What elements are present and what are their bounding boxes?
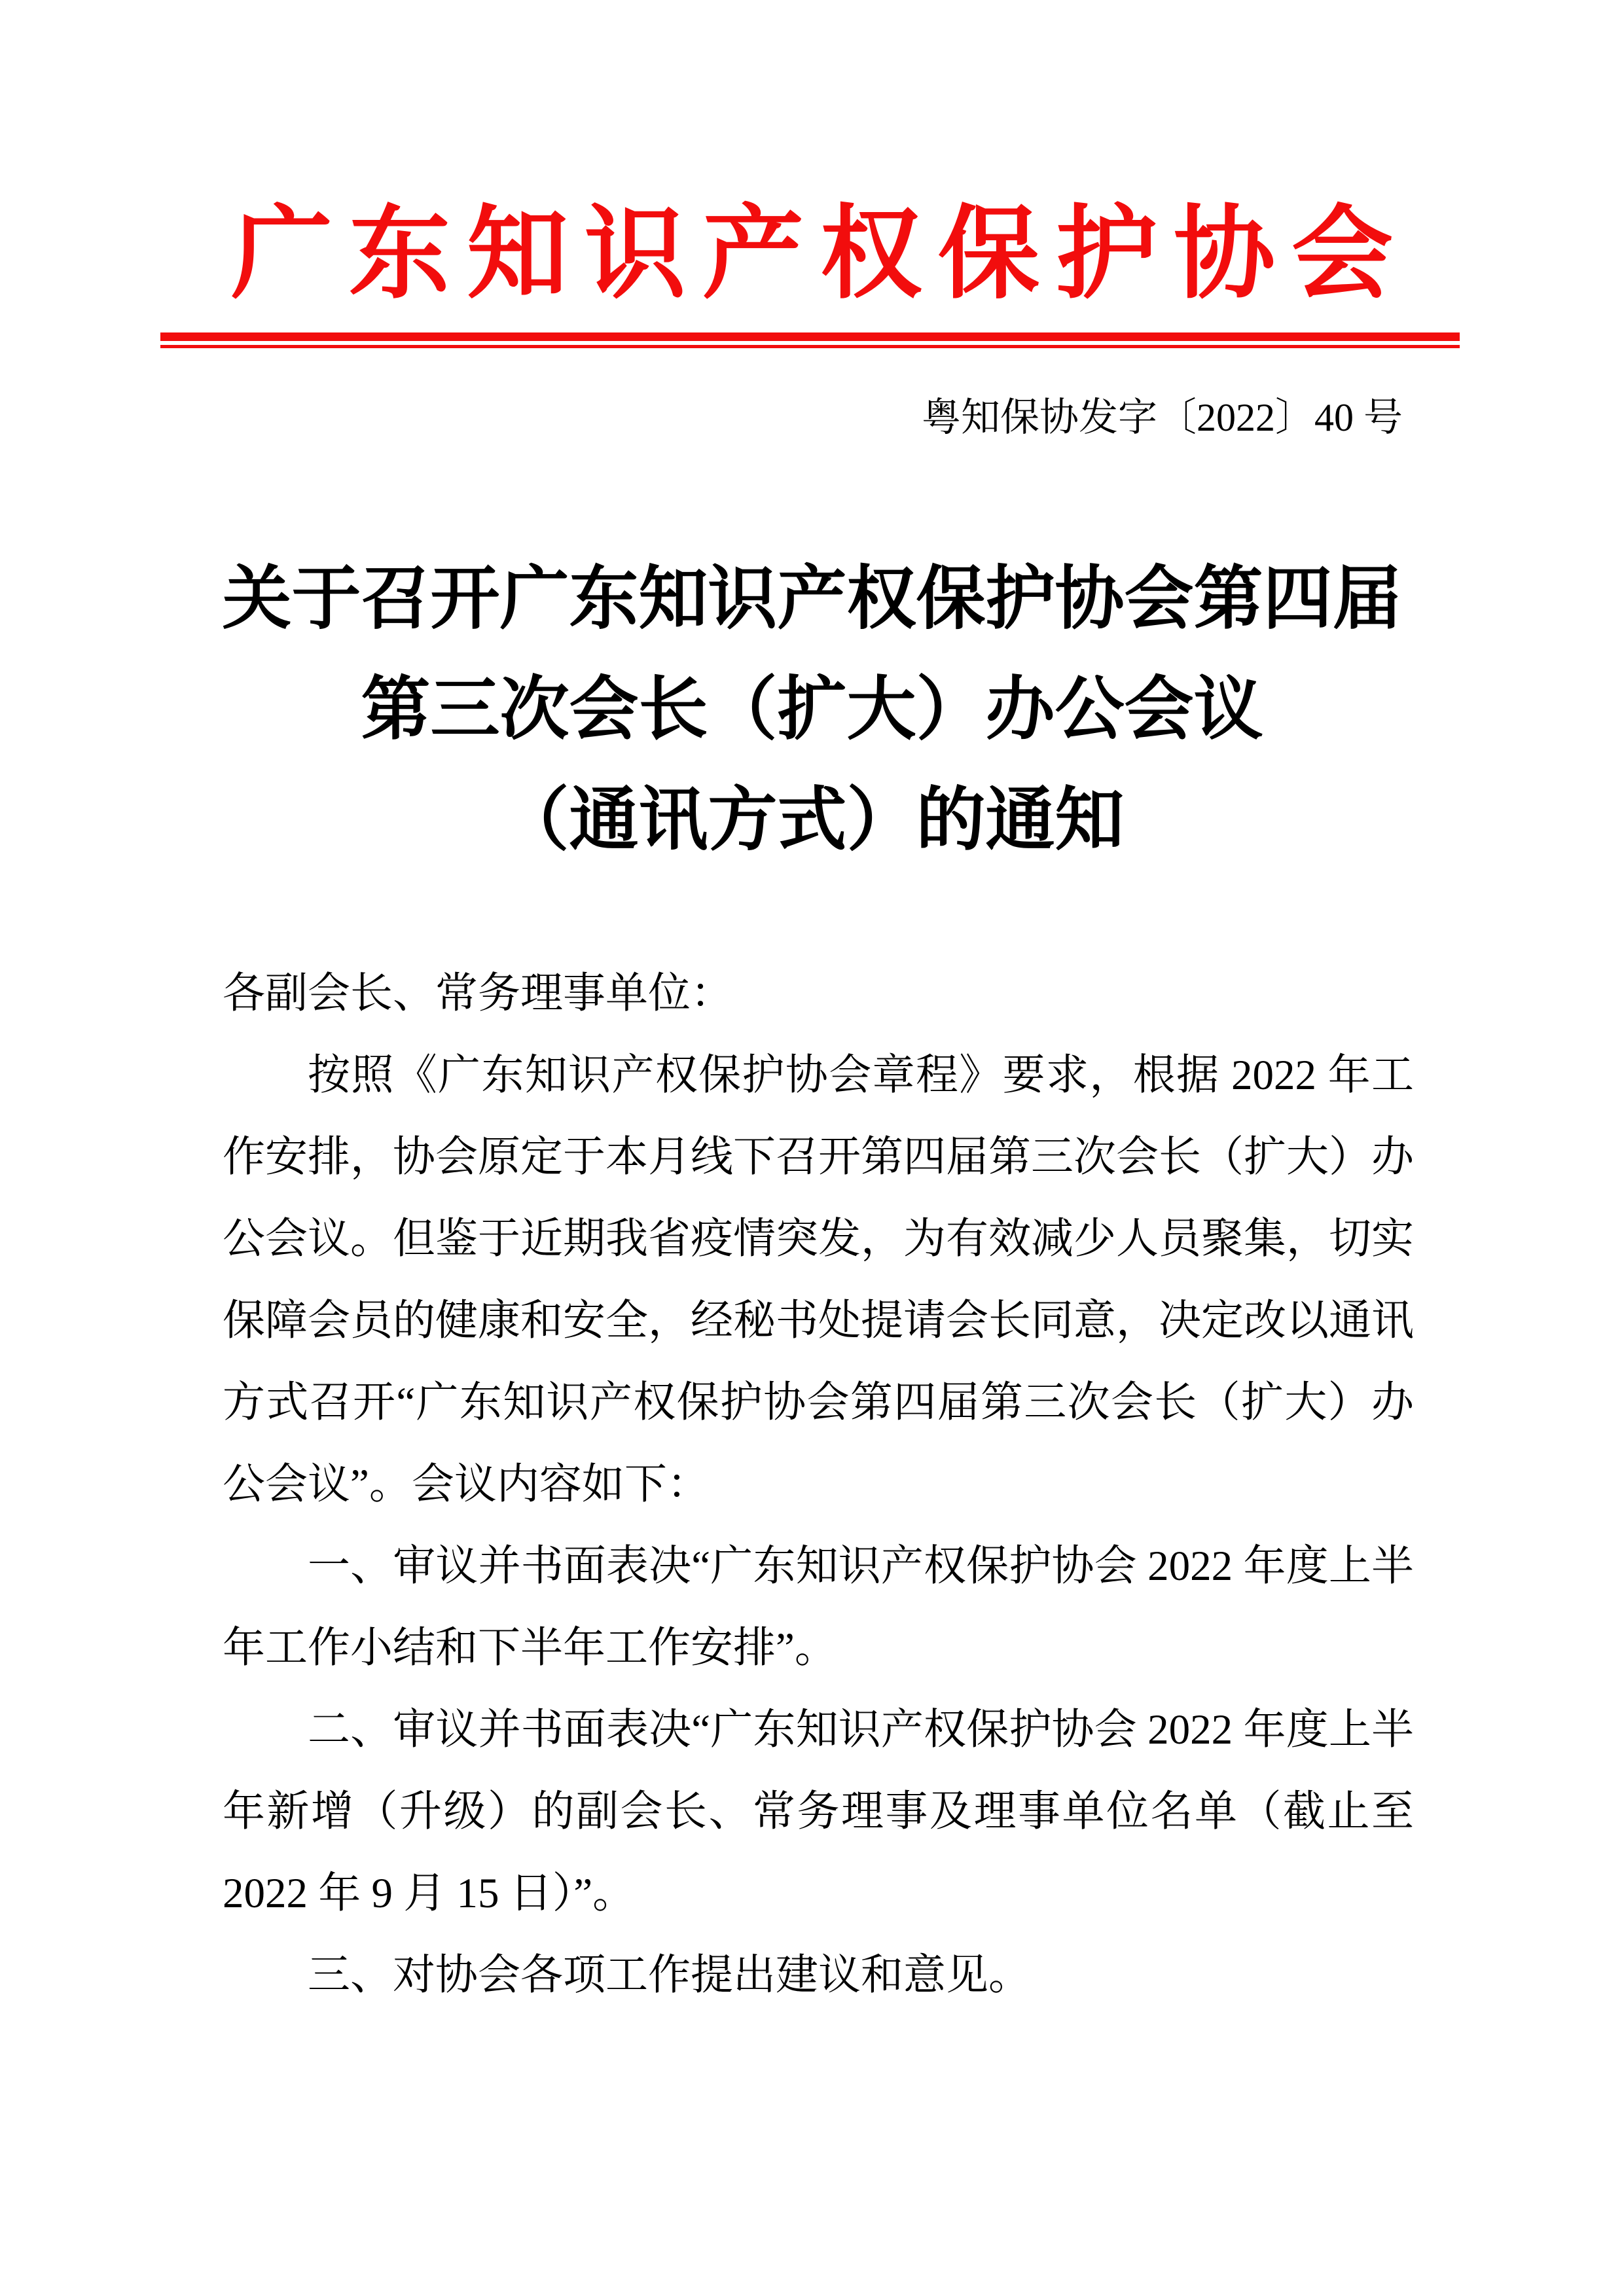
document-page: 广东知识产权保护协会 粤知保协发字〔2022〕40 号 关于召开广东知识产权保护… [0, 0, 1624, 2296]
body-paragraph-2: 一、审议并书面表决“广东知识产权保护协会 2022 年度上半年工作小结和下半年工… [223, 1526, 1414, 1689]
notice-title-line-3: （通讯方式）的通知 [0, 765, 1624, 876]
notice-title-line-2: 第三次会长（扩大）办公会议 [0, 655, 1624, 765]
notice-body: 各副会长、常务理事单位： 按照《广东知识产权保护协会章程》要求，根据 2022 … [223, 953, 1414, 2017]
letterhead-rule-thin [160, 345, 1460, 348]
notice-title-line-1: 关于召开广东知识产权保护协会第四届 [0, 544, 1624, 655]
letterhead-rule-thick [160, 332, 1460, 341]
body-paragraph-3: 二、审议并书面表决“广东知识产权保护协会 2022 年度上半年新增（升级）的副会… [223, 1689, 1414, 1935]
salutation: 各副会长、常务理事单位： [223, 953, 1414, 1035]
body-paragraph-4: 三、对协会各项工作提出建议和意见。 [223, 1935, 1414, 2017]
doc-number: 粤知保协发字〔2022〕40 号 [922, 393, 1403, 442]
letterhead-org-name: 广东知识产权保护协会 [0, 198, 1624, 312]
body-paragraph-1: 按照《广东知识产权保护协会章程》要求，根据 2022 年工作安排，协会原定于本月… [223, 1035, 1414, 1526]
letterhead-double-rule [160, 332, 1460, 348]
notice-title: 关于召开广东知识产权保护协会第四届 第三次会长（扩大）办公会议 （通讯方式）的通… [0, 544, 1624, 876]
